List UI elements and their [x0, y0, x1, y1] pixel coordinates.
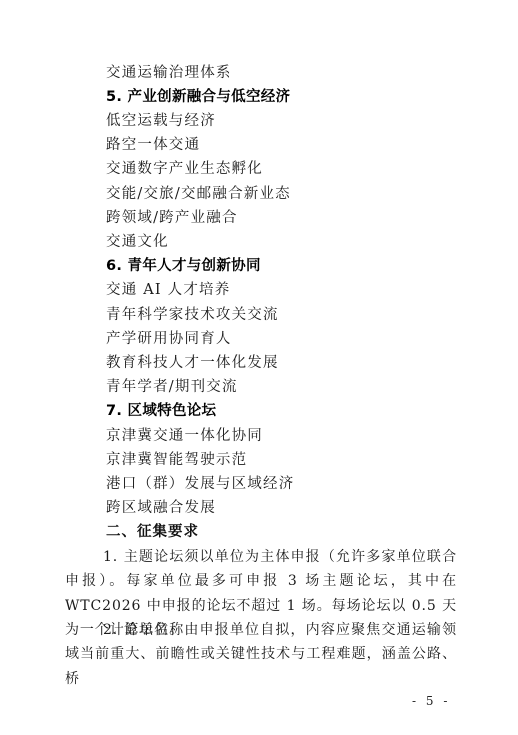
document-page: 交通运输治理体系 5. 产业创新融合与低空经济 低空运载与经济 路空一体交通 交…	[0, 0, 518, 735]
topic-item: 路空一体交通	[106, 135, 200, 155]
page-number: - 5 -	[412, 694, 450, 708]
topic-item: 产学研用协同育人	[106, 329, 232, 349]
requirement-paragraph-2: 2. 论坛名称由申报单位自拟，内容应聚焦交通运输领域当前重大、前瞻性或关键性技术…	[65, 618, 457, 691]
topic-item: 交能/交旅/交邮融合新业态	[106, 184, 291, 204]
topic-item: 跨领域/跨产业融合	[106, 208, 238, 228]
topic-item: 跨区域融合发展	[106, 498, 216, 518]
topic-item: 青年科学家技术攻关交流	[106, 305, 279, 325]
topic-heading-5: 5. 产业创新融合与低空经济	[106, 87, 290, 107]
topic-item: 交通文化	[106, 232, 169, 252]
topic-item: 青年学者/期刊交流	[106, 377, 238, 397]
topic-item: 低空运载与经济	[106, 111, 216, 131]
topic-item: 交通 AI 人才培养	[106, 280, 230, 300]
topic-heading-7: 7. 区域特色论坛	[106, 401, 216, 421]
topic-heading-6: 6. 青年人才与创新协同	[106, 256, 261, 276]
topic-item: 京津冀智能驾驶示范	[106, 450, 247, 470]
topic-item: 交通数字产业生态孵化	[106, 159, 263, 179]
topic-item: 交通运输治理体系	[106, 63, 232, 83]
topic-item: 港口（群）发展与区域经济	[106, 474, 294, 494]
topic-item: 京津冀交通一体化协同	[106, 426, 263, 446]
topic-item: 教育科技人才一体化发展	[106, 353, 279, 373]
section-heading-requirements: 二、征集要求	[106, 522, 199, 542]
